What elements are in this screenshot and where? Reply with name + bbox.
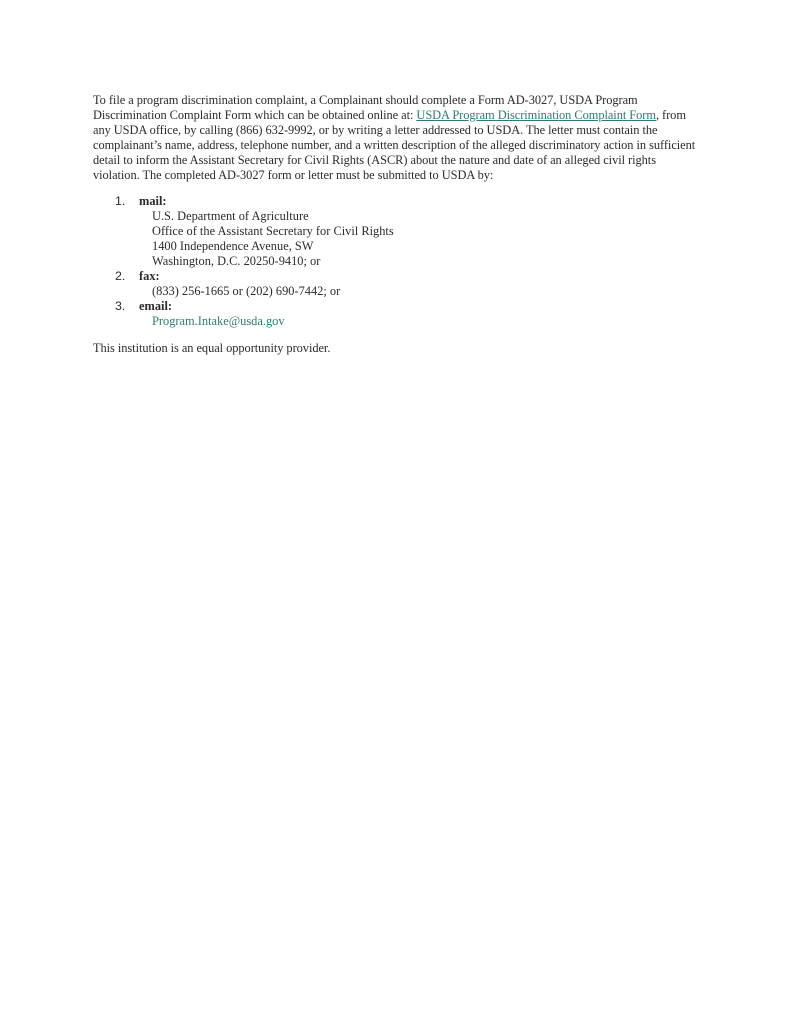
submission-methods-list: 1. mail: U.S. Department of Agriculture … <box>93 194 705 328</box>
list-number: 1. <box>115 194 125 209</box>
fax-numbers: (833) 256-1665 or (202) 690-7442; or <box>139 284 705 299</box>
email-link[interactable]: Program.Intake@usda.gov <box>152 314 285 328</box>
document-page: To file a program discrimination complai… <box>93 93 705 356</box>
method-label: fax: <box>139 269 705 284</box>
list-number: 3. <box>115 299 125 314</box>
intro-paragraph: To file a program discrimination complai… <box>93 93 705 182</box>
method-label: mail: <box>139 194 705 209</box>
mail-address-line: Washington, D.C. 20250-9410; or <box>139 254 705 269</box>
mail-address-line: Office of the Assistant Secretary for Ci… <box>139 224 705 239</box>
method-label: email: <box>139 299 705 314</box>
method-mail: 1. mail: U.S. Department of Agriculture … <box>93 194 705 269</box>
method-fax: 2. fax: (833) 256-1665 or (202) 690-7442… <box>93 269 705 299</box>
complaint-form-link[interactable]: USDA Program Discrimination Complaint Fo… <box>416 108 656 122</box>
mail-address-line: U.S. Department of Agriculture <box>139 209 705 224</box>
equal-opportunity-statement: This institution is an equal opportunity… <box>93 341 705 356</box>
list-number: 2. <box>115 269 125 284</box>
mail-address-line: 1400 Independence Avenue, SW <box>139 239 705 254</box>
method-email: 3. email: Program.Intake@usda.gov <box>93 299 705 329</box>
